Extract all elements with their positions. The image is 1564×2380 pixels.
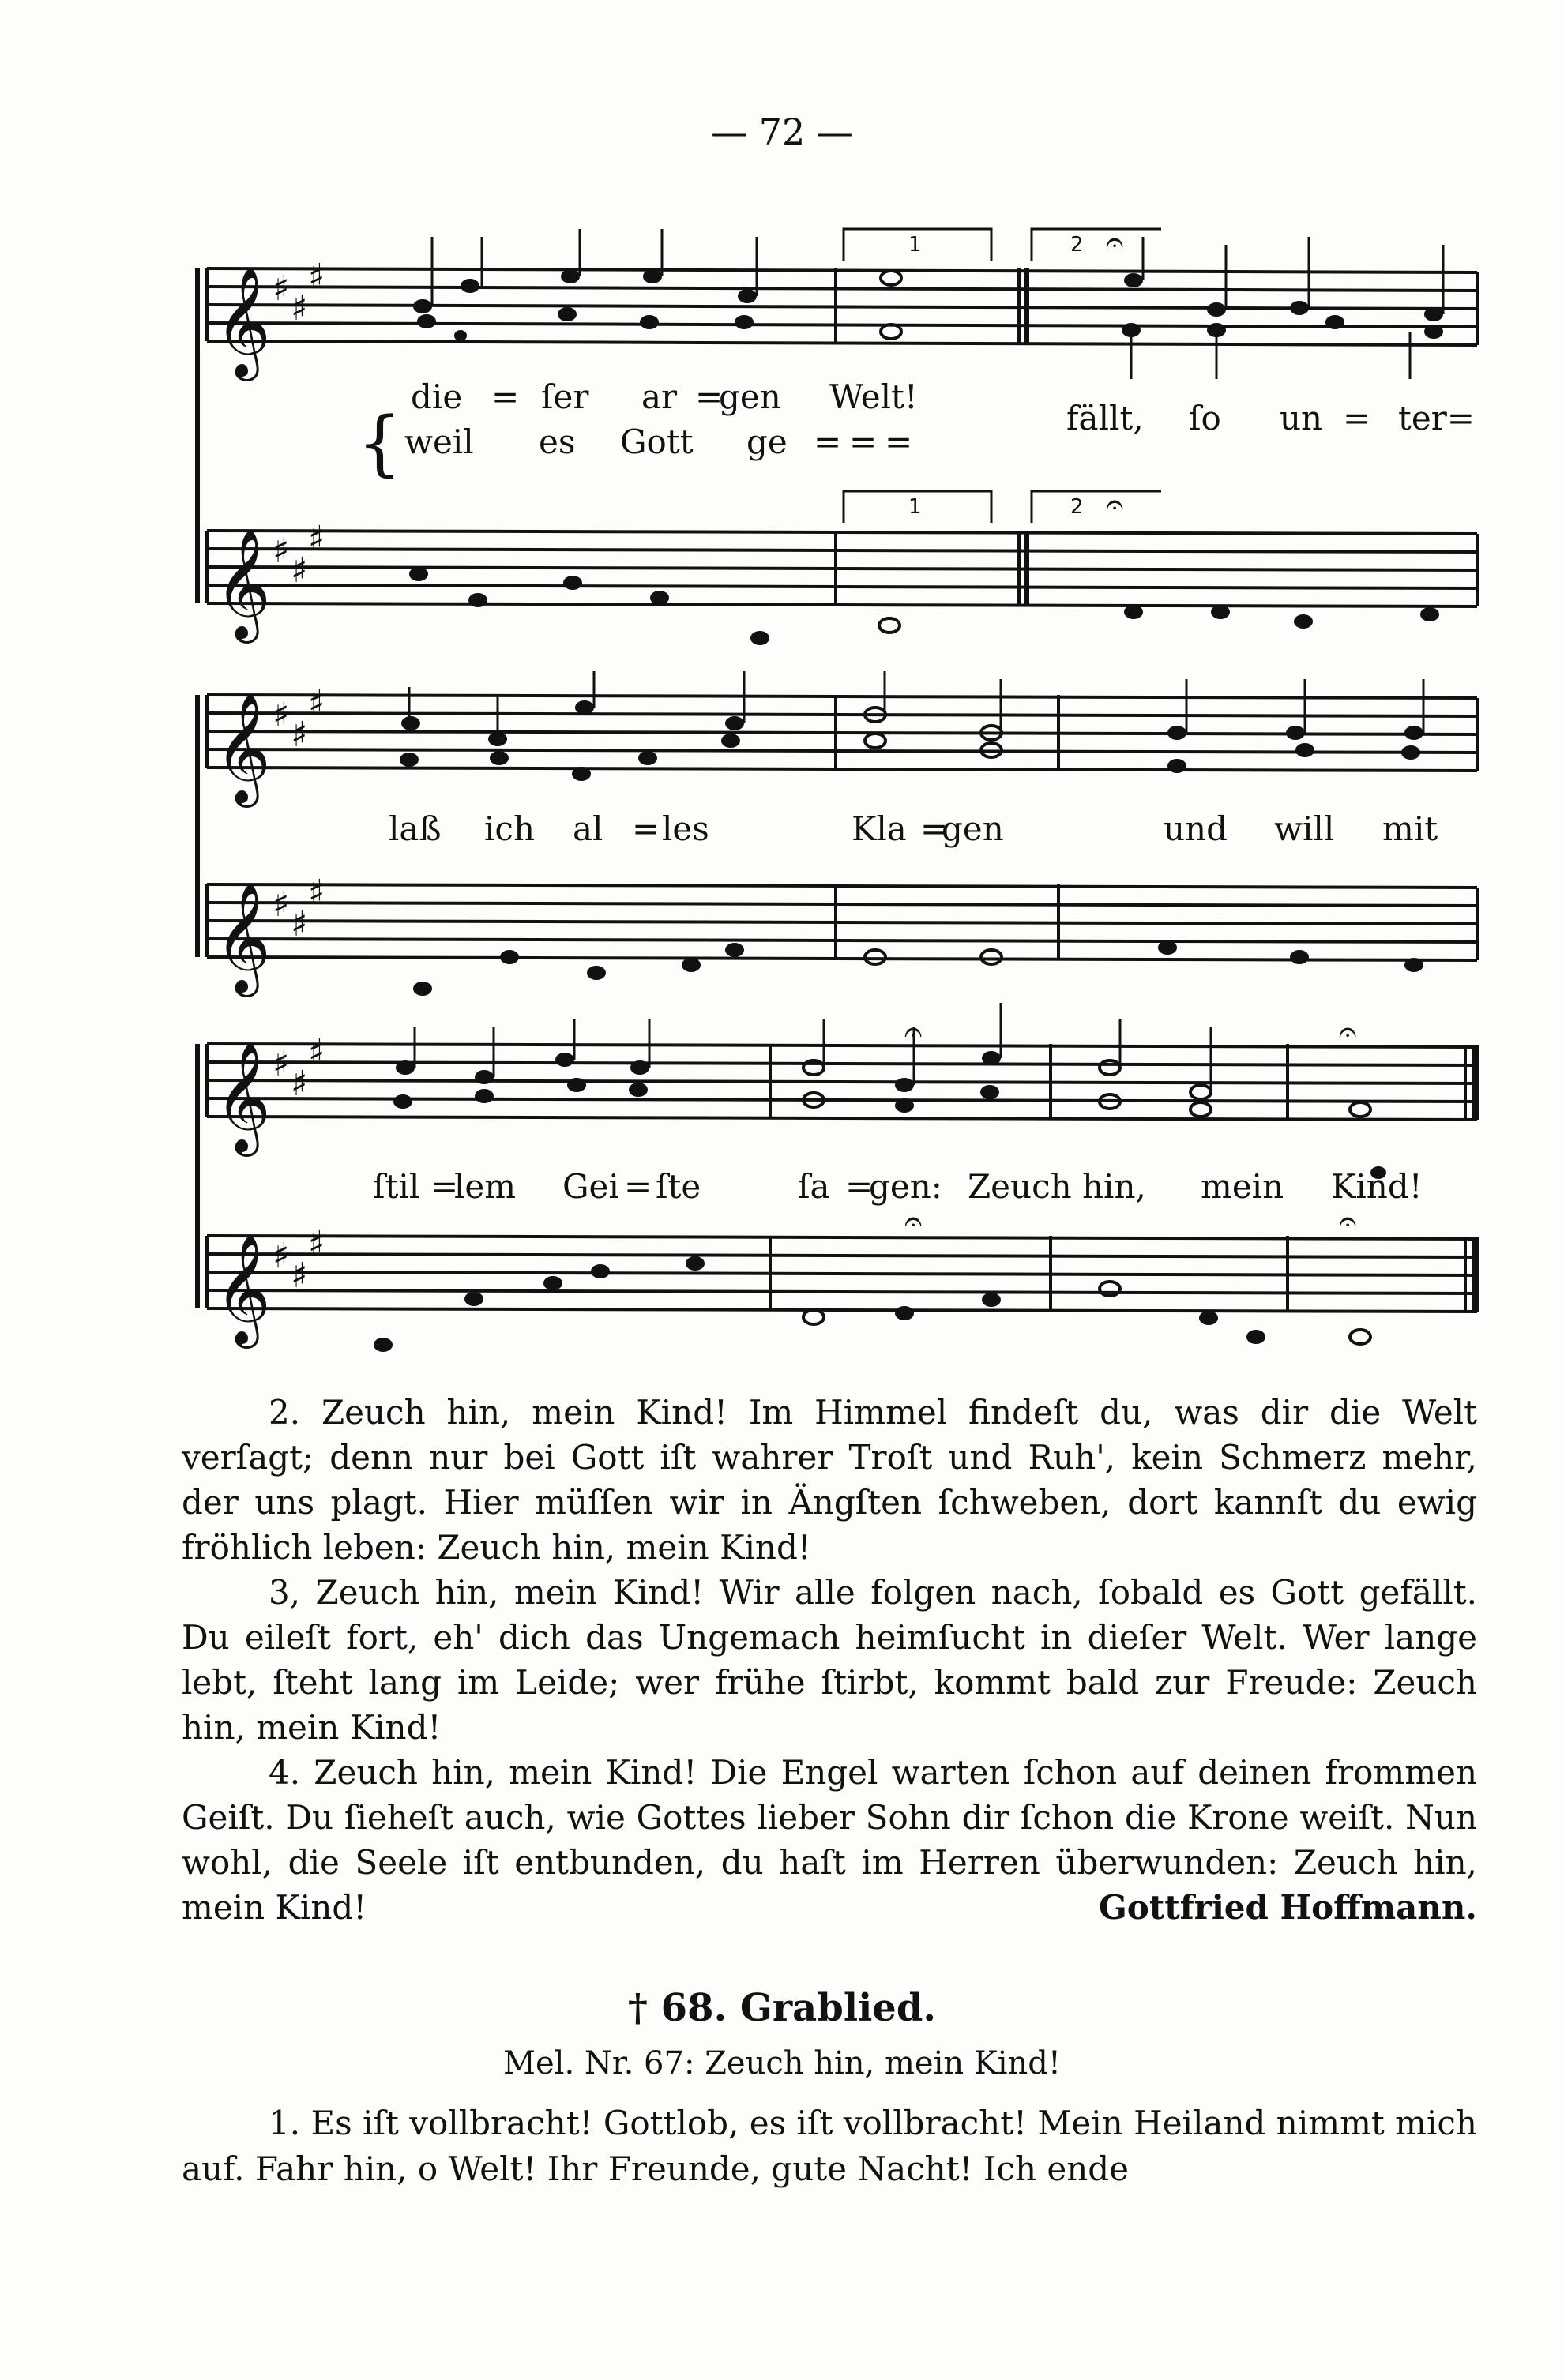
svg-text:♯: ♯: [308, 519, 325, 559]
verse-2: 2. Zeuch hin, mein Kind! Im Himmel finde…: [182, 1390, 1477, 1570]
staff-system2-lower: [207, 884, 1477, 960]
svg-text:𝄐: 𝄐: [904, 1203, 922, 1240]
svg-text:𝄐: 𝄐: [1106, 486, 1123, 523]
svg-text:♯: ♯: [291, 715, 307, 755]
svg-text:𝄐: 𝄐: [1339, 1203, 1356, 1240]
svg-text:2: 2: [1070, 233, 1084, 257]
verses-block: 2. Zeuch hin, mein Kind! Im Himmel finde…: [182, 1390, 1477, 1930]
svg-text:♯: ♯: [308, 1032, 325, 1072]
svg-text:𝄞: 𝄞: [215, 529, 271, 644]
svg-text:𝄞: 𝄞: [215, 267, 271, 381]
verse-4: 4. Zeuch hin, mein Kind! Die Engel warte…: [182, 1750, 1477, 1930]
staff-system3-upper: [207, 1044, 1477, 1120]
svg-text:𝄞: 𝄞: [215, 883, 271, 997]
svg-text:♯: ♯: [308, 257, 325, 297]
svg-text:♯: ♯: [291, 904, 307, 944]
svg-text:𝄐: 𝄐: [1339, 1014, 1356, 1050]
hymn-title: † 68. Grablied.: [0, 1986, 1564, 2030]
svg-text:♯: ♯: [291, 1256, 307, 1296]
staff-system1-lower: [207, 531, 1477, 606]
svg-text:♯: ♯: [308, 873, 325, 913]
svg-text:♯: ♯: [291, 550, 307, 591]
svg-text:{: {: [357, 402, 402, 485]
svg-text:𝄐: 𝄐: [1106, 224, 1123, 261]
svg-text:♯: ♯: [308, 683, 325, 723]
svg-text:♯: ♯: [273, 1236, 289, 1276]
svg-text:1: 1: [908, 495, 922, 519]
svg-text:♯: ♯: [308, 1224, 325, 1264]
svg-text:♯: ♯: [273, 531, 289, 571]
hymn68-verse1: 1. Es iſt vollbracht! Gottlob, es iſt vo…: [182, 2100, 1477, 2192]
svg-text:♯: ♯: [291, 288, 307, 328]
svg-text:2: 2: [1070, 495, 1084, 519]
music-score: 𝄞 ♯♯♯ 𝄞 ♯♯♯ 𝄞 ♯♯♯ 𝄞 ♯♯♯ 𝄞 ♯♯♯ 𝄞 ♯♯♯ 1 2 …: [0, 0, 1564, 1358]
svg-text:1: 1: [908, 233, 922, 257]
svg-text:♯: ♯: [291, 1064, 307, 1104]
melody-reference: Mel. Nr. 67: Zeuch hin, mein Kind!: [0, 2045, 1564, 2082]
staff-system1-upper: [207, 268, 1477, 345]
svg-text:♯: ♯: [273, 1044, 289, 1084]
svg-text:♯: ♯: [273, 884, 289, 925]
svg-text:𝄞: 𝄞: [215, 1042, 271, 1157]
author-name: Gottfried Hoffmann.: [1012, 1885, 1477, 1930]
staff-system3-lower: [207, 1236, 1477, 1312]
svg-text:♯: ♯: [273, 695, 289, 735]
svg-text:𝄞: 𝄞: [215, 693, 271, 808]
svg-text:♯: ♯: [273, 268, 289, 309]
verse-3: 3, Zeuch hin, mein Kind! Wir alle folgen…: [182, 1570, 1477, 1750]
svg-text:𝄞: 𝄞: [215, 1234, 271, 1349]
